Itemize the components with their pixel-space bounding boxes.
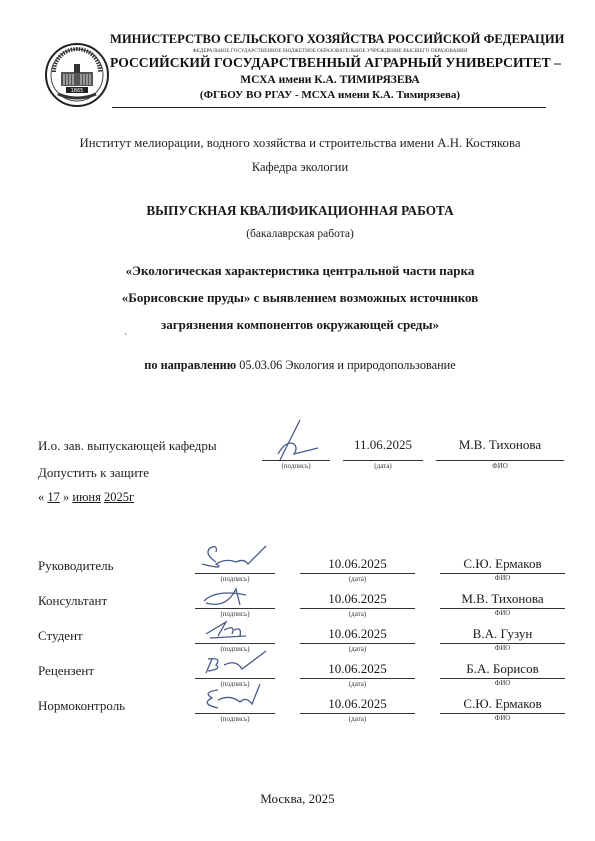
- head-date-caption: (дата): [343, 462, 423, 470]
- signatory-date: 10.06.2025: [300, 626, 415, 642]
- header-divider: [112, 107, 546, 108]
- signatory-role: Консультант: [38, 593, 107, 609]
- date-line: [300, 643, 415, 644]
- direction-value: 05.03.06 Экология и природопользование: [239, 358, 456, 372]
- signature-image: [196, 649, 276, 681]
- head-signature-line: [262, 460, 330, 461]
- signature-line: [195, 643, 275, 644]
- signatory-date: 10.06.2025: [300, 696, 415, 712]
- signatory-role: Рецензент: [38, 663, 94, 679]
- direction-label: по направлению: [144, 358, 236, 372]
- fio-caption: ФИО: [440, 714, 565, 722]
- signatory-role: Руководитель: [38, 558, 114, 574]
- signature-image: [196, 614, 276, 646]
- signatory-name: М.В. Тихонова: [440, 591, 565, 607]
- department-name: Кафедра экологии: [30, 160, 570, 175]
- date-caption: (дата): [300, 575, 415, 583]
- signatory-date: 10.06.2025: [300, 556, 415, 572]
- university-emblem-icon: 1865: [44, 42, 110, 108]
- date-caption: (дата): [300, 645, 415, 653]
- open-quote: «: [38, 490, 44, 504]
- signature-image: [196, 684, 276, 716]
- head-fio-caption: ФИО: [436, 462, 564, 470]
- signatory-name: С.Ю. Ермаков: [440, 556, 565, 572]
- head-date: 11.06.2025: [343, 437, 423, 453]
- admission-year: 2025г: [104, 490, 134, 504]
- work-type-title: ВЫПУСКНАЯ КВАЛИФИКАЦИОННАЯ РАБОТА: [30, 203, 570, 219]
- signatory-name: С.Ю. Ермаков: [440, 696, 565, 712]
- study-direction: по направлению 05.03.06 Экология и приро…: [30, 358, 570, 373]
- theme-line-1: «Экологическая характеристика центрально…: [30, 263, 570, 279]
- university-name: РОССИЙСКИЙ ГОСУДАРСТВЕННЫЙ АГРАРНЫЙ УНИВ…: [110, 55, 550, 71]
- head-fio-line: [436, 460, 564, 461]
- signature-line: [195, 608, 275, 609]
- date-line: [300, 573, 415, 574]
- admission-label: Допустить к защите: [38, 465, 149, 481]
- head-name: М.В. Тихонова: [436, 437, 564, 453]
- svg-text:1865: 1865: [71, 88, 84, 94]
- date-caption: (дата): [300, 610, 415, 618]
- fio-caption: ФИО: [440, 679, 565, 687]
- signatory-role: Нормоконтроль: [38, 698, 125, 714]
- university-full-name: МСХА имени К.А. ТИМИРЯЗЕВА: [110, 74, 550, 86]
- date-line: [300, 678, 415, 679]
- fio-caption: ФИО: [440, 574, 565, 582]
- theme-line-2: «Борисовские пруды» с выявлением возможн…: [30, 290, 570, 306]
- fio-caption: ФИО: [440, 644, 565, 652]
- date-caption: (дата): [300, 680, 415, 688]
- head-date-line: [343, 460, 423, 461]
- fio-caption: ФИО: [440, 609, 565, 617]
- head-signature: [258, 418, 338, 463]
- theme-line-3: загрязнения компонентов окружающей среды…: [30, 317, 570, 333]
- signature-line: [195, 713, 275, 714]
- date-caption: (дата): [300, 715, 415, 723]
- ministry-name: МИНИСТЕРСТВО СЕЛЬСКОГО ХОЗЯЙСТВА РОССИЙС…: [110, 32, 550, 47]
- signature-line: [195, 678, 275, 679]
- head-role-label: И.о. зав. выпускающей кафедры: [38, 438, 217, 454]
- close-quote: »: [63, 490, 69, 504]
- signature-image: [196, 544, 276, 576]
- university-abbreviation: (ФГБОУ ВО РГАУ - МСХА имени К.А. Тимиряз…: [110, 89, 550, 101]
- head-signature-caption: (подпись): [262, 462, 330, 470]
- admission-date: « 17 » июня 2025г: [38, 490, 134, 505]
- city-year: Москва, 2025: [0, 791, 595, 807]
- signature-line: [195, 573, 275, 574]
- admission-day: 17: [47, 490, 60, 504]
- signatory-role: Студент: [38, 628, 83, 644]
- date-line: [300, 713, 415, 714]
- signatory-date: 10.06.2025: [300, 661, 415, 677]
- signatory-name: Б.А. Борисов: [440, 661, 565, 677]
- signatory-date: 10.06.2025: [300, 591, 415, 607]
- signature-image: [196, 579, 276, 611]
- institute-name: Институт мелиорации, водного хозяйства и…: [30, 136, 570, 151]
- admission-month: июня: [72, 490, 100, 504]
- stray-mark: `: [124, 333, 127, 344]
- signatory-name: В.А. Гузун: [440, 626, 565, 642]
- date-line: [300, 608, 415, 609]
- signature-caption: (подпись): [195, 715, 275, 723]
- institution-type: ФЕДЕРАЛЬНОЕ ГОСУДАРСТВЕННОЕ БЮДЖЕТНОЕ ОБ…: [110, 49, 550, 54]
- work-subtype: (бакалаврская работа): [30, 228, 570, 240]
